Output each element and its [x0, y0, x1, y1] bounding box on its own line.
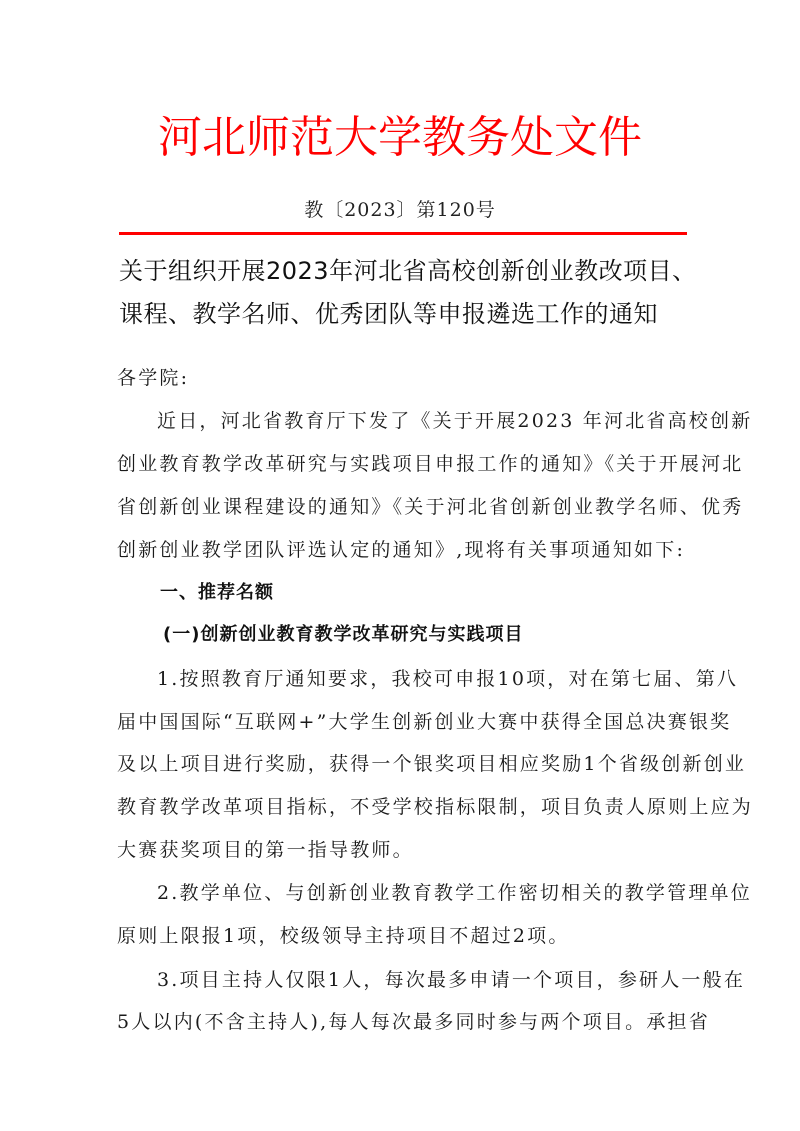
item1-line: 届中国国际“互联网+”大学生创新创业大赛中获得全国总决赛银奖	[117, 708, 689, 736]
subject-line-2: 课程、教学名师、优秀团队等申报遴选工作的通知	[119, 298, 699, 330]
intro-line: 创新创业教学团队评选认定的通知》,现将有关事项通知如下:	[117, 536, 689, 564]
section-heading-1: 一、推荐名额	[160, 579, 274, 607]
item1-line: 教育教学改革项目指标，不受学校指标限制，项目负责人原则上应为	[117, 793, 689, 821]
item1-line: 及以上项目进行奖励，获得一个银奖项目相应奖励1个省级创新创业	[117, 750, 689, 778]
intro-line: 近日，河北省教育厅下发了《关于开展2023 年河北省高校创新	[157, 407, 689, 435]
item2-line: 原则上限报1项，校级领导主持项目不超过2项。	[117, 922, 689, 950]
intro-line: 省创新创业课程建设的通知》《关于河北省创新创业教学名师、优秀	[117, 493, 689, 521]
item3-line: 3.项目主持人仅限1人，每次最多申请一个项目，参研人一般在	[157, 966, 689, 994]
intro-line: 创业教育教学改革研究与实践项目申报工作的通知》《关于开展河北	[117, 450, 689, 478]
item1-line: 大赛获奖项目的第一指导教师。	[117, 836, 689, 864]
document-number: 教〔2023〕第120号	[0, 196, 800, 224]
subject-line-1: 关于组织开展2023年河北省高校创新创业教改项目、	[119, 255, 699, 287]
item2-line: 2.教学单位、与创新创业教育教学工作密切相关的教学管理单位	[157, 879, 689, 907]
subsection-heading-1: (一)创新创业教育教学改革研究与实践项目	[163, 621, 523, 649]
salutation: 各学院:	[117, 364, 689, 392]
document-header-title: 河北师范大学教务处文件	[0, 108, 800, 168]
header-red-rule	[119, 232, 687, 235]
document-page: 河北师范大学教务处文件 教〔2023〕第120号 关于组织开展2023年河北省高…	[0, 0, 800, 1131]
item1-line: 1.按照教育厅通知要求，我校可申报10项，对在第七届、第八	[157, 665, 689, 693]
item3-line: 5人以内(不含主持人),每人每次最多同时参与两个项目。承担省	[117, 1008, 689, 1036]
